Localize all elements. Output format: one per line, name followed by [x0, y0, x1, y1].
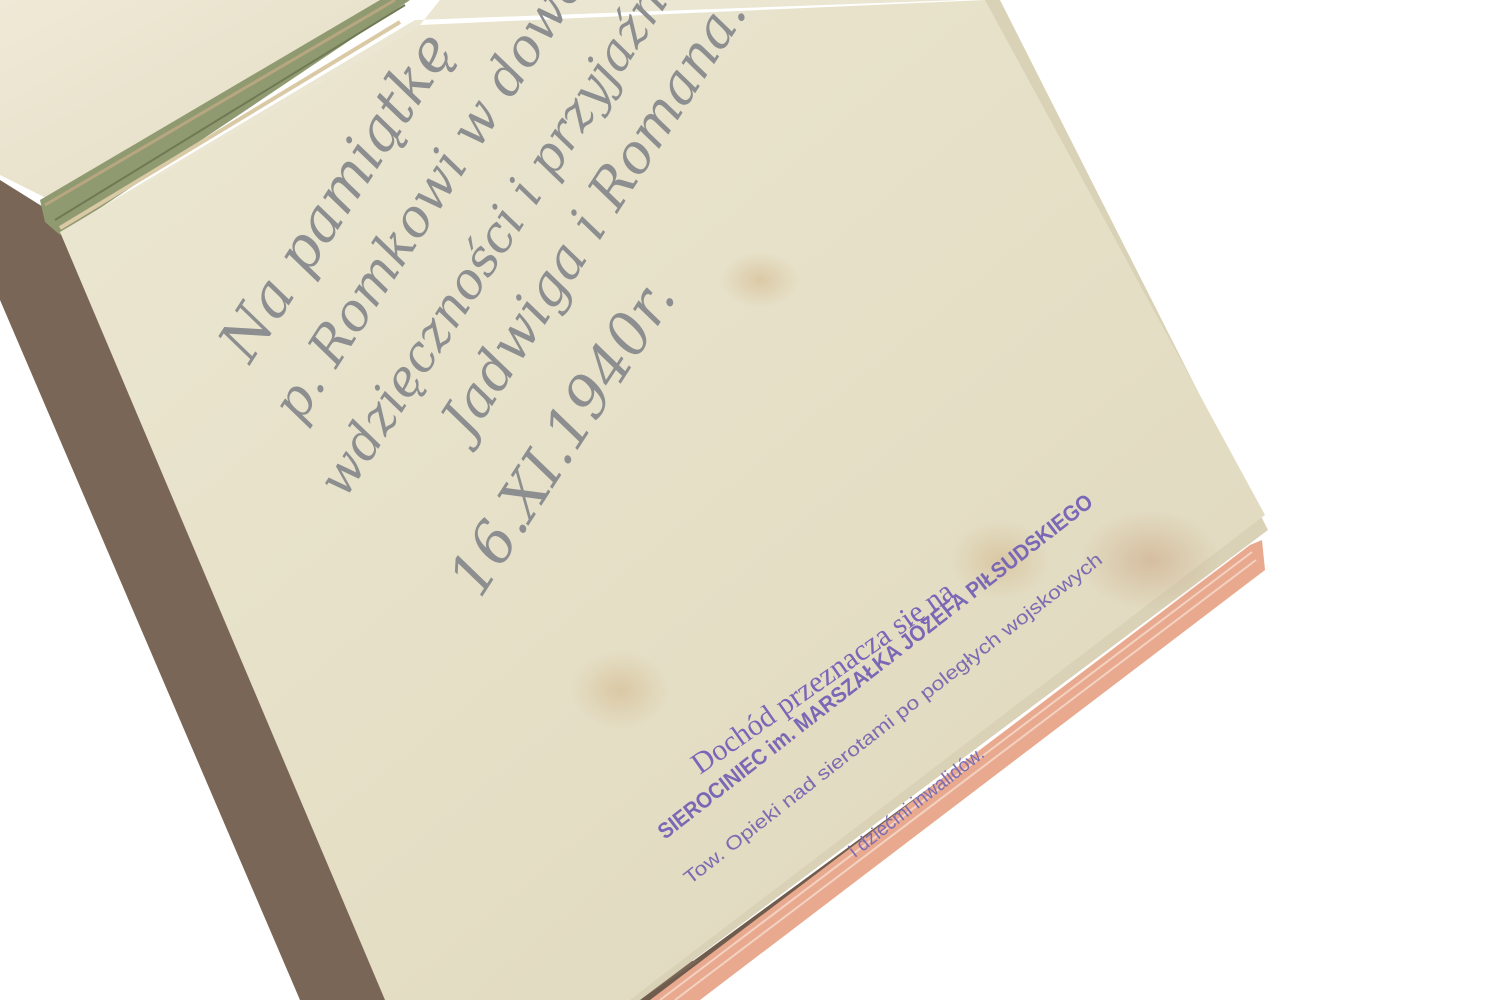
album-photo: Na pamiątkę p. Romkowi w dowód wdzięczno… — [0, 0, 1500, 1000]
